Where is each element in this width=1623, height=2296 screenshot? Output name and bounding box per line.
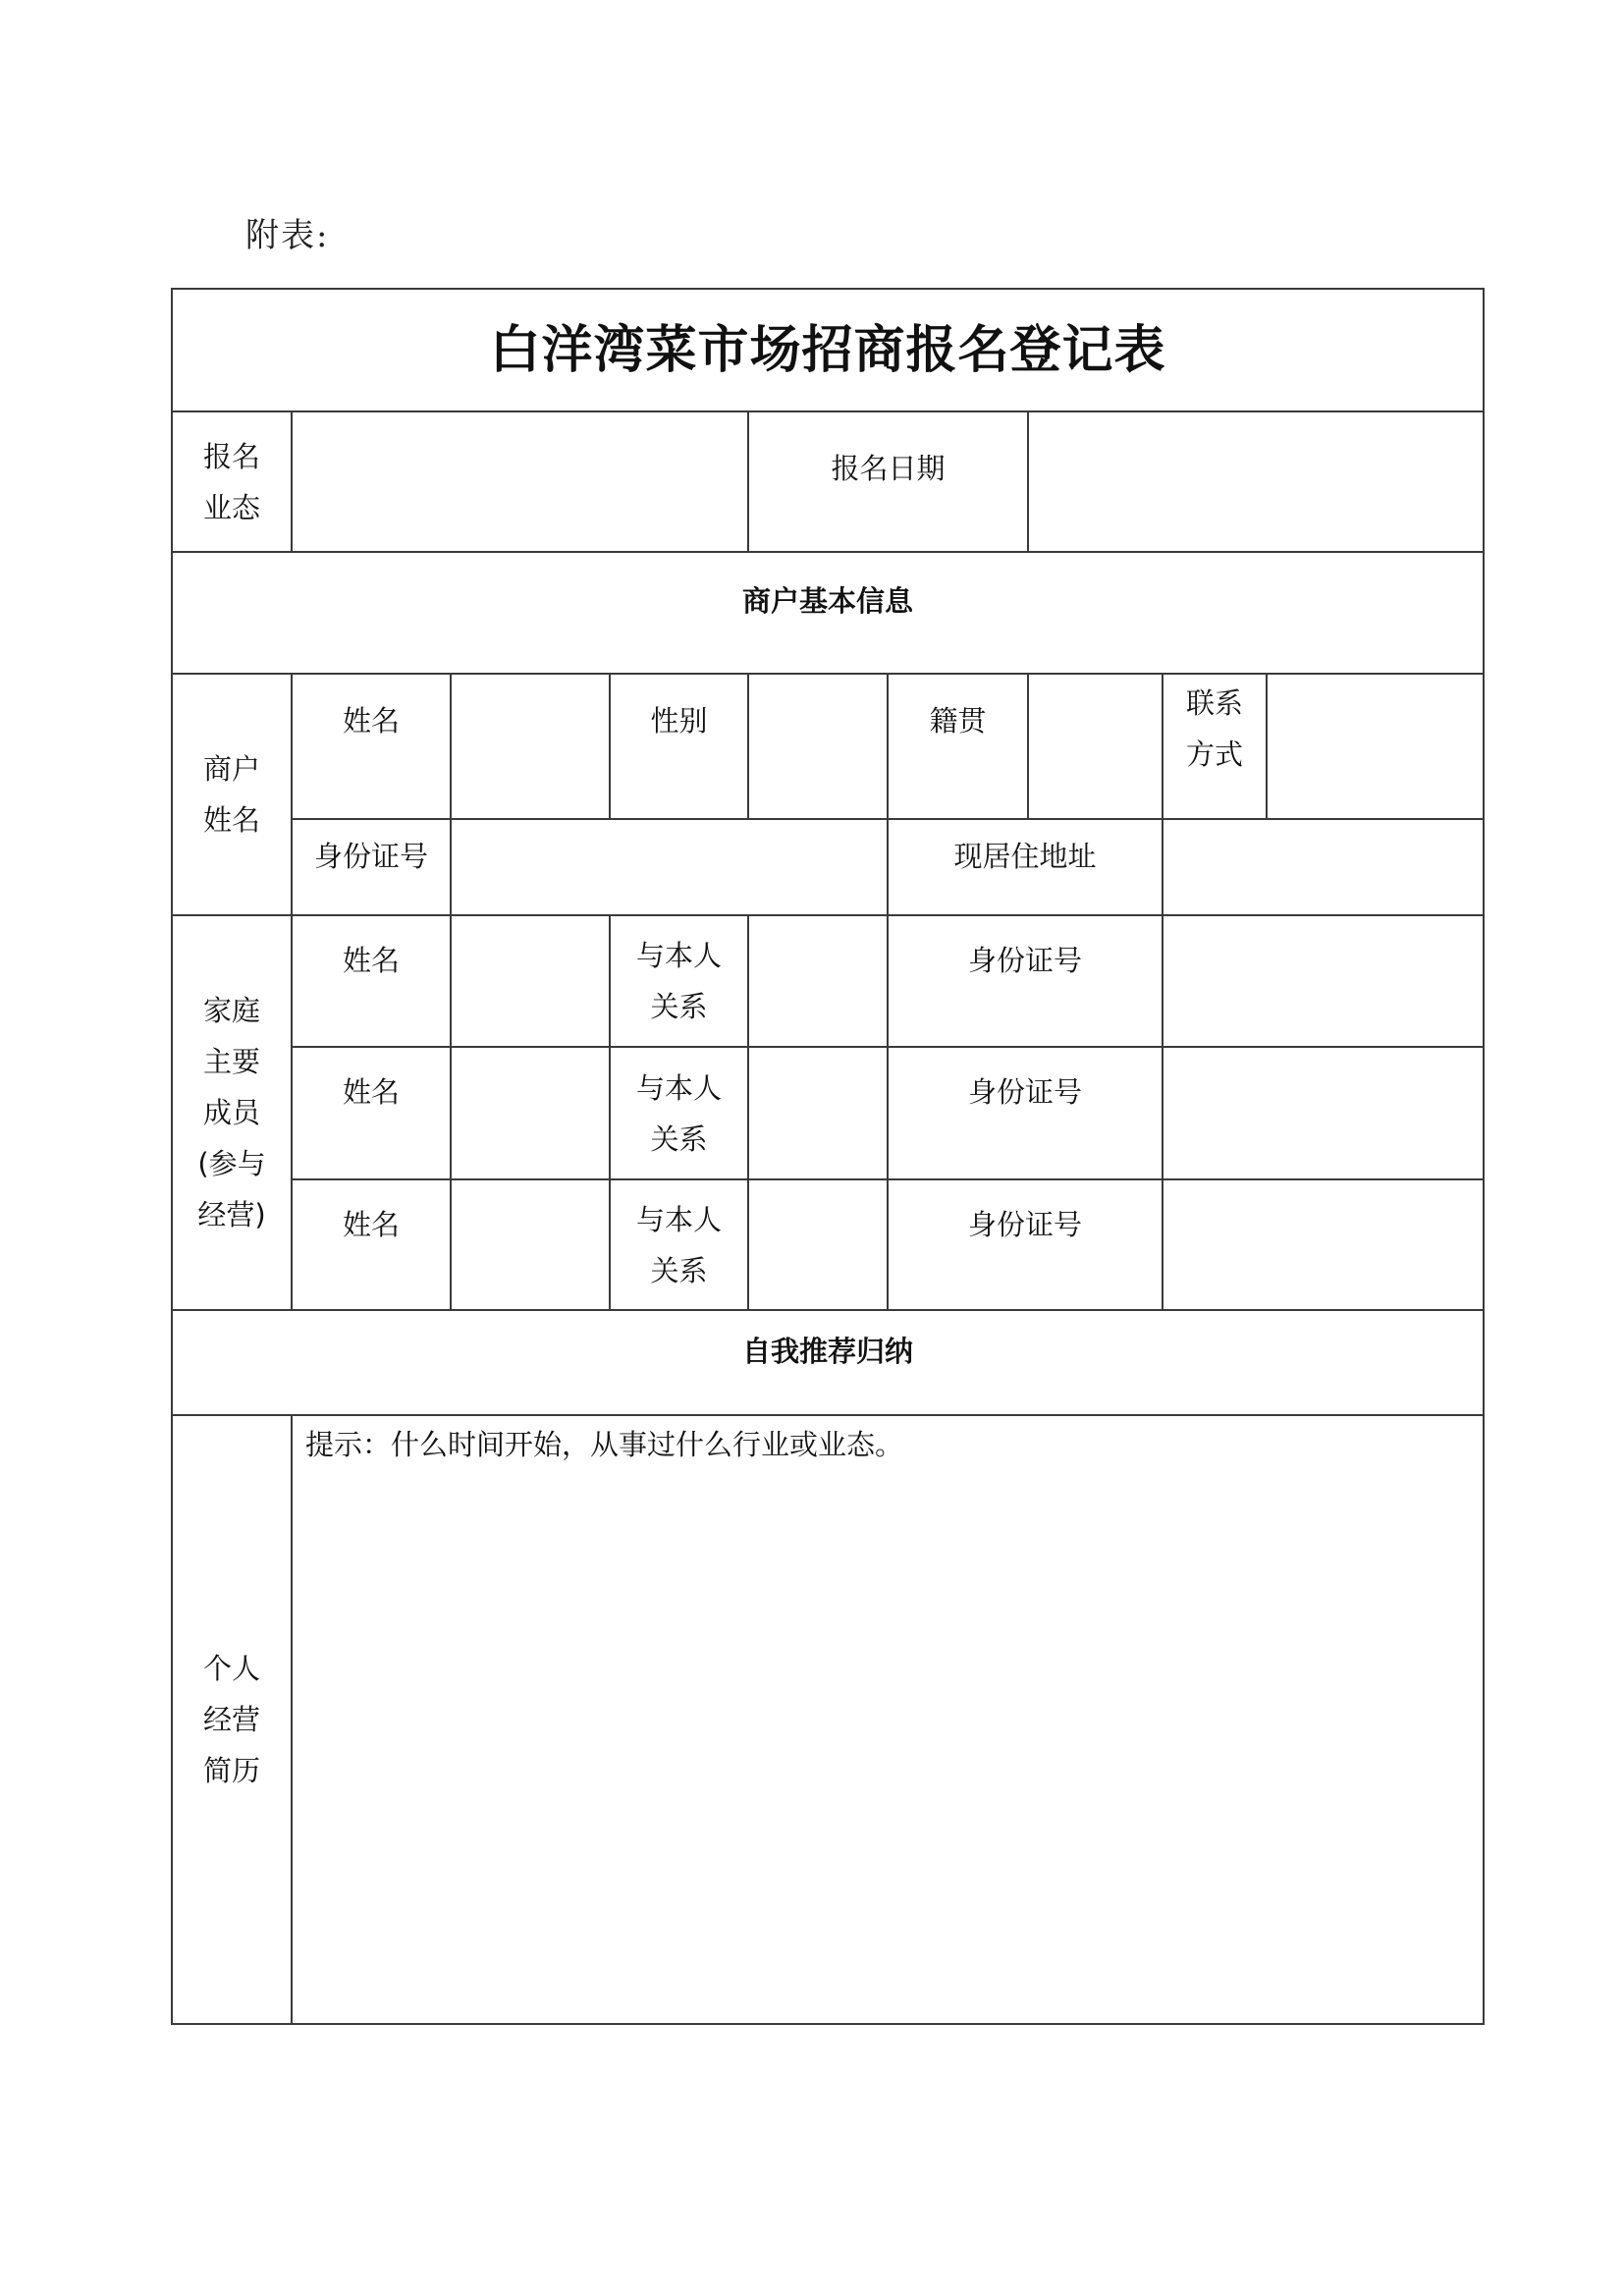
- registration-date-field[interactable]: [1028, 411, 1484, 552]
- contact-label: 联系 方式: [1163, 674, 1267, 819]
- label-line: 经营: [203, 1694, 260, 1745]
- label-line: 家庭: [203, 985, 260, 1036]
- label-line: 成员: [203, 1087, 260, 1138]
- section-self-recommendation: 自我推荐归纳: [172, 1310, 1484, 1393]
- family-member-name-label: 姓名: [292, 915, 451, 1047]
- label-line: 与本人: [636, 1194, 722, 1245]
- label-line: 经营): [197, 1189, 265, 1240]
- label-line: 关系: [650, 1245, 707, 1296]
- label-line: 业态: [203, 482, 260, 533]
- family-member-id-field[interactable]: [1163, 915, 1484, 1047]
- merchant-group-label: 商户 姓名: [172, 674, 292, 915]
- table-border: [747, 410, 749, 553]
- label-line: 与本人: [636, 930, 722, 981]
- business-type-field[interactable]: [292, 411, 748, 552]
- family-member-name-field[interactable]: [451, 1179, 610, 1310]
- table-border: [291, 1414, 293, 2025]
- registration-date-label: 报名日期: [748, 411, 1028, 525]
- label-line: 关系: [650, 981, 707, 1032]
- label-line: 姓名: [203, 794, 260, 846]
- table-border: [172, 914, 1485, 916]
- family-member-name-field[interactable]: [451, 915, 610, 1047]
- table-border: [172, 288, 1485, 290]
- family-member-relation-label: 与本人 关系: [610, 1047, 748, 1179]
- table-border: [450, 673, 452, 1311]
- family-member-relation-label: 与本人 关系: [610, 915, 748, 1047]
- family-member-id-label: 身份证号: [888, 1179, 1163, 1310]
- resume-hint: 提示：什么时间开始，从事过什么行业或业态。: [305, 1419, 903, 1470]
- native-place-label: 籍贯: [888, 674, 1028, 819]
- annex-label: 附表:: [245, 208, 329, 256]
- merchant-name-label: 姓名: [292, 674, 451, 819]
- table-border: [172, 1414, 1485, 1416]
- table-border: [171, 288, 173, 2025]
- table-border: [1162, 673, 1163, 1311]
- table-border: [172, 551, 1485, 553]
- family-group-label: 家庭 主要 成员 (参与 经营): [172, 915, 292, 1310]
- form-title: 白洋湾菜市场招商报名登记表: [172, 289, 1484, 411]
- label-line: 商户: [203, 743, 260, 794]
- table-border: [747, 673, 749, 820]
- gender-label: 性别: [610, 674, 748, 819]
- table-border: [172, 2023, 1485, 2025]
- family-member-id-label: 身份证号: [888, 1047, 1163, 1179]
- table-border: [1027, 673, 1029, 820]
- table-border: [1483, 288, 1485, 2025]
- table-border: [609, 914, 611, 1311]
- table-border: [172, 1309, 1485, 1311]
- family-member-id-field[interactable]: [1163, 1179, 1484, 1310]
- family-member-relation-label: 与本人 关系: [610, 1179, 748, 1310]
- merchant-name-field[interactable]: [451, 674, 610, 819]
- table-border: [747, 914, 749, 1311]
- table-border: [172, 673, 1485, 675]
- label-line: 简历: [203, 1745, 260, 1796]
- table-border: [291, 673, 293, 1311]
- family-member-id-field[interactable]: [1163, 1047, 1484, 1179]
- family-member-id-label: 身份证号: [888, 915, 1163, 1047]
- label-line: 方式: [1186, 729, 1243, 780]
- table-border: [1266, 673, 1268, 820]
- address-label: 现居住地址: [888, 819, 1163, 915]
- label-line: 个人: [203, 1643, 260, 1694]
- label-line: (参与: [197, 1138, 265, 1189]
- family-member-relation-field[interactable]: [748, 1179, 888, 1310]
- gender-field[interactable]: [748, 674, 888, 819]
- resume-label: 个人 经营 简历: [172, 1415, 292, 2024]
- native-place-field[interactable]: [1028, 674, 1163, 819]
- family-member-name-label: 姓名: [292, 1179, 451, 1310]
- label-line: 与本人: [636, 1063, 722, 1114]
- table-border: [609, 673, 611, 820]
- table-border: [1027, 410, 1029, 553]
- label-line: 联系: [1186, 678, 1243, 729]
- family-member-relation-field[interactable]: [748, 1047, 888, 1179]
- merchant-id-field[interactable]: [451, 819, 888, 915]
- label-line: 关系: [650, 1114, 707, 1165]
- label-line: 报名: [203, 431, 260, 482]
- merchant-id-label: 身份证号: [292, 819, 451, 915]
- table-border: [887, 673, 889, 1311]
- business-type-label: 报名 业态: [172, 411, 292, 552]
- section-merchant-basic-info: 商户基本信息: [172, 552, 1484, 650]
- family-member-name-field[interactable]: [451, 1047, 610, 1179]
- table-border: [172, 410, 1485, 412]
- contact-field[interactable]: [1267, 674, 1484, 819]
- table-border: [291, 410, 293, 553]
- family-member-name-label: 姓名: [292, 1047, 451, 1179]
- family-member-relation-field[interactable]: [748, 915, 888, 1047]
- address-field[interactable]: [1163, 819, 1484, 915]
- resume-field[interactable]: 提示：什么时间开始，从事过什么行业或业态。: [292, 1415, 1484, 2024]
- label-line: 主要: [203, 1036, 260, 1087]
